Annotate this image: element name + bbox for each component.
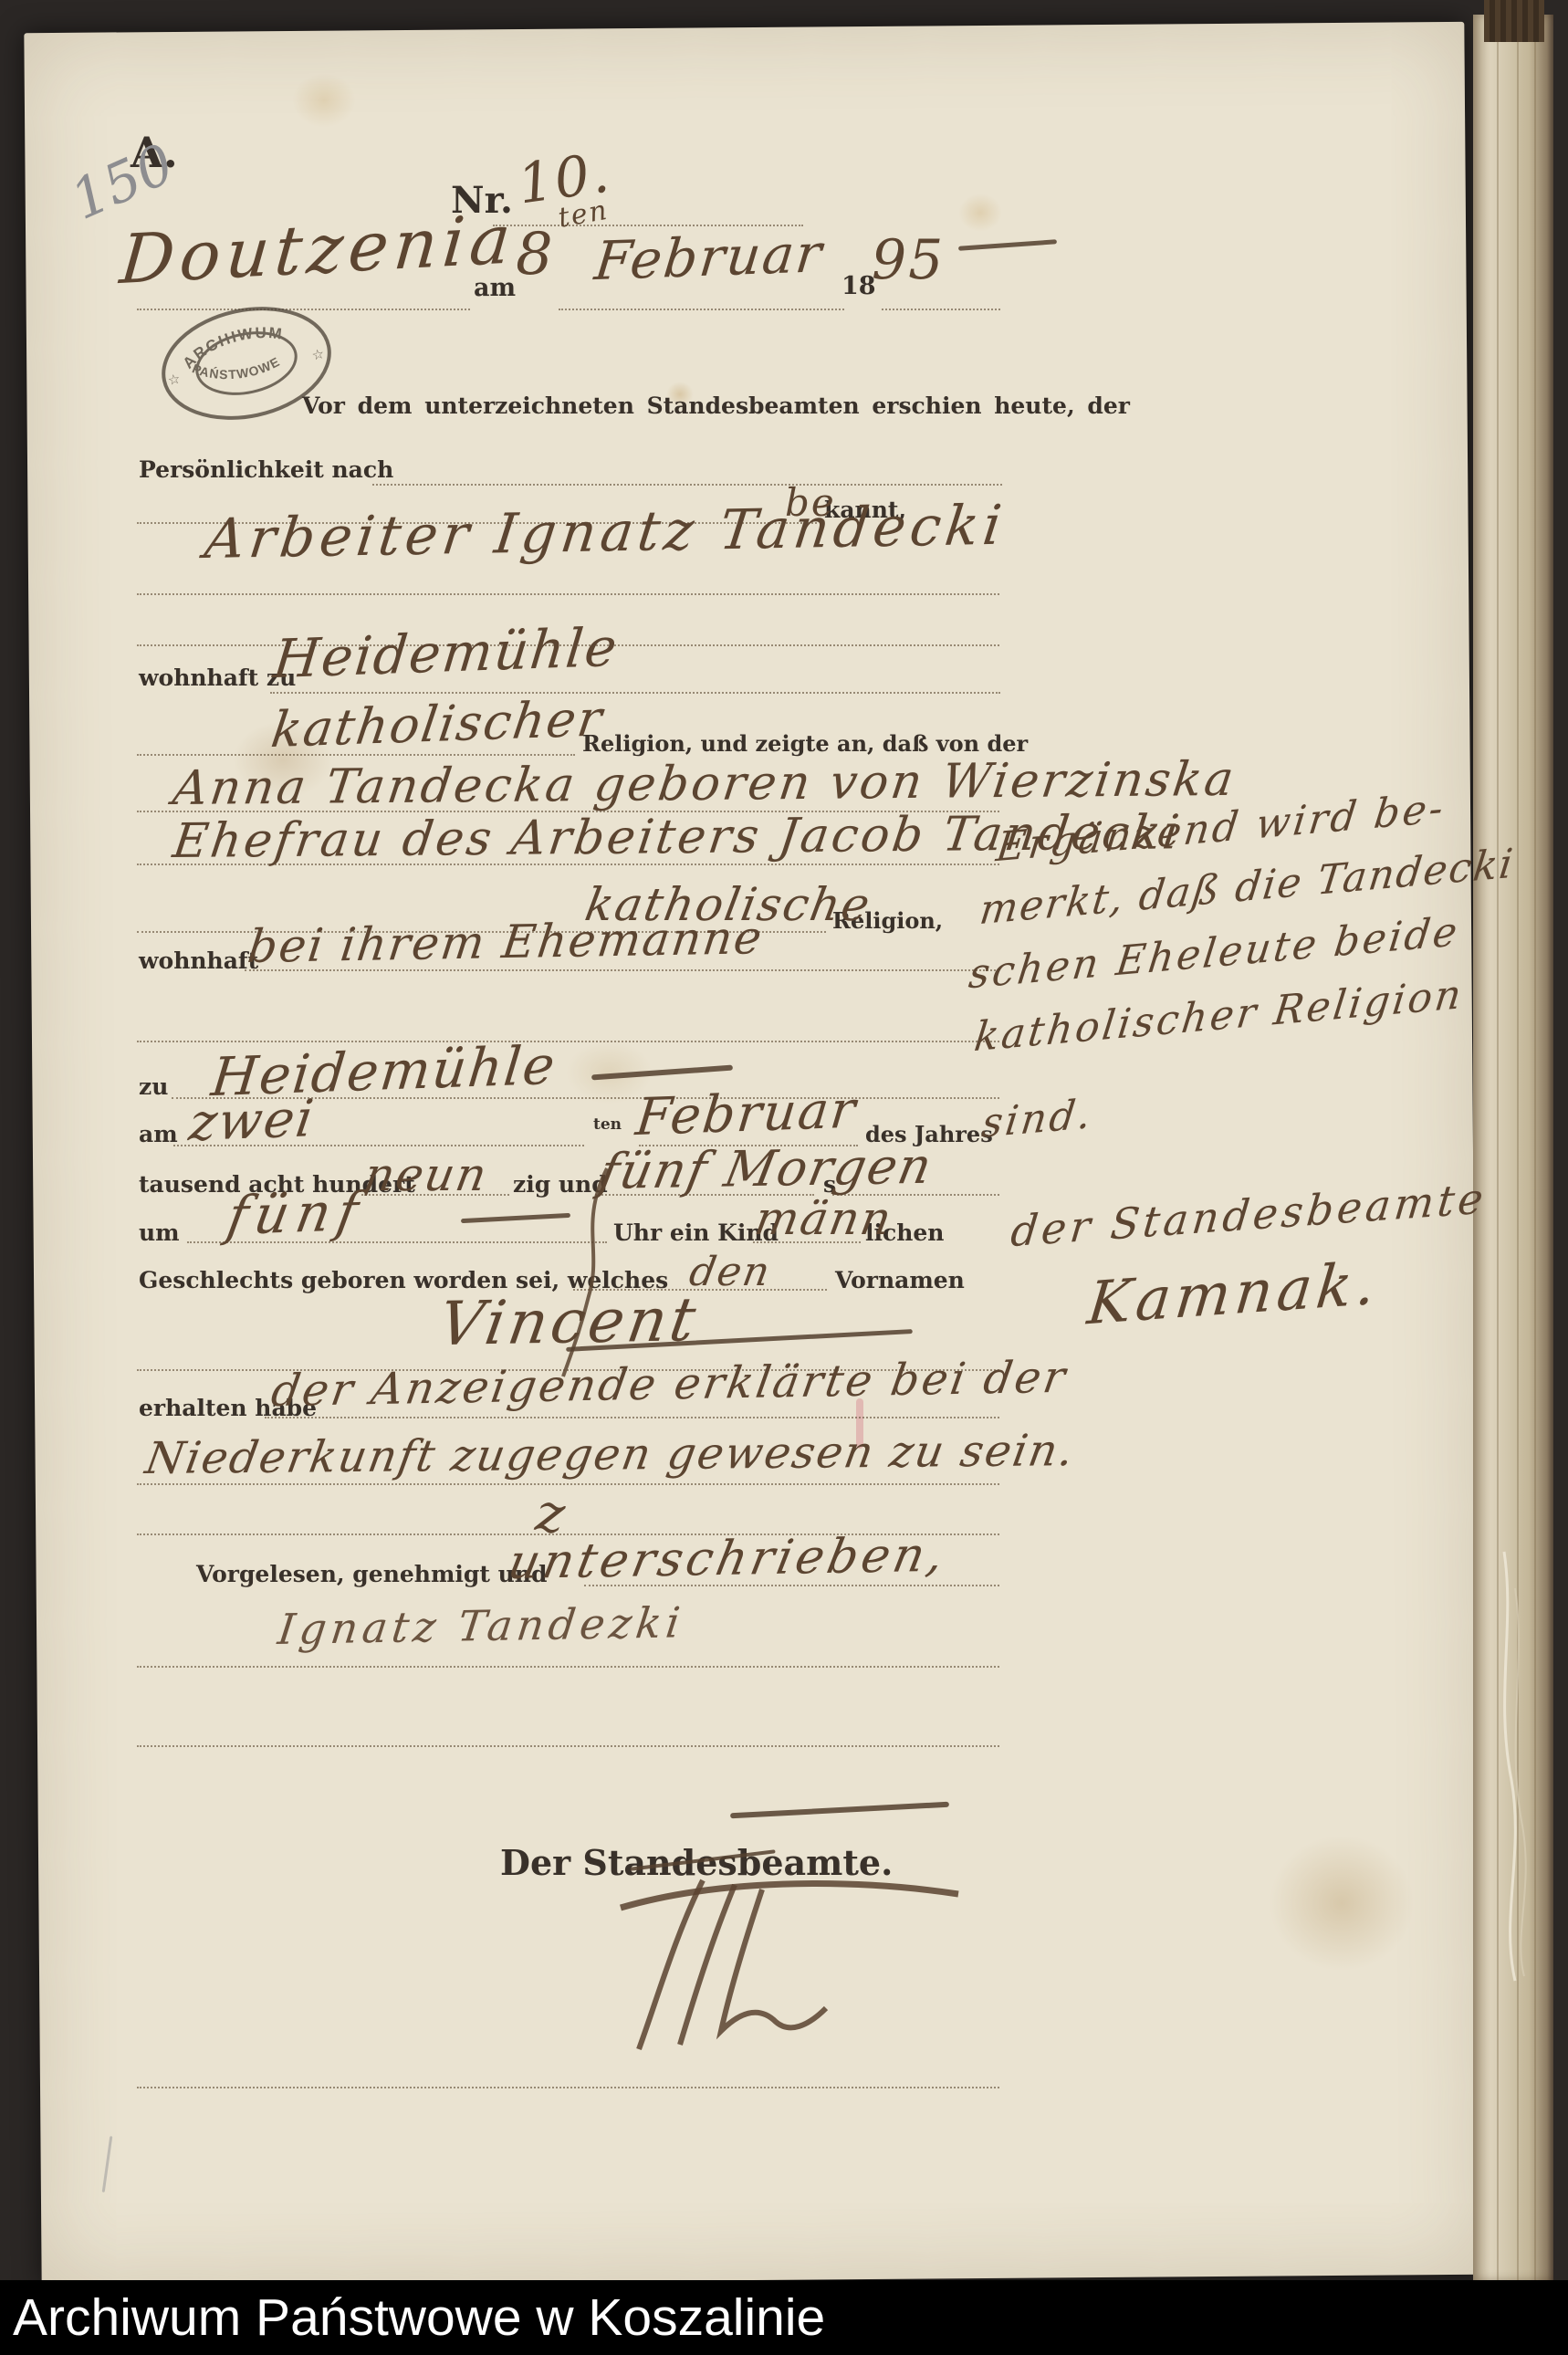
month-written: Februar — [591, 222, 826, 292]
unterschrieben-written: unterschrieben, — [504, 1528, 952, 1591]
religion1-label: Religion, und zeigte an, daß von der — [582, 730, 1028, 757]
birth-day-written: zwei — [185, 1089, 319, 1153]
vornamen-label: Vornamen — [835, 1267, 965, 1293]
year-written: 95 — [872, 228, 945, 292]
registrar-signature-flourish — [566, 1871, 967, 2054]
religion1-written: katholischer — [268, 689, 608, 759]
form-rule — [265, 1417, 999, 1418]
hour-written: fünf — [223, 1180, 371, 1248]
declarant-signature: Ignatz Tandezki — [276, 1597, 687, 1654]
am2-label: am — [139, 1121, 178, 1147]
decade-written: neun — [361, 1148, 492, 1201]
day-written: 8 — [516, 221, 555, 288]
form-rule — [137, 1745, 999, 1747]
form-rule — [137, 593, 999, 595]
form-rule — [270, 692, 1000, 694]
units-written: fünf Morgen — [595, 1137, 938, 1201]
book-spine-edge — [1484, 0, 1544, 42]
form-rule — [882, 309, 1000, 310]
document-scan: A. 150 Nr. 10. Doutzenia am 8 ten Februa… — [0, 0, 1568, 2355]
year-printed: 18 — [841, 272, 876, 300]
form-rule — [559, 309, 844, 310]
archive-watermark-bar: Archiwum Państwowe w Koszalinie — [0, 2280, 1568, 2355]
form-rule — [137, 1041, 999, 1042]
form-rule — [137, 2087, 999, 2088]
wohnhaft-label: wohnhaft — [139, 947, 258, 974]
vorgelesen-label: Vorgelesen, genehmigt und — [196, 1561, 547, 1587]
intro-line: Vor dem unterzeichneten Standesbeamten e… — [302, 392, 1130, 419]
zu-label: zu — [139, 1073, 168, 1100]
sex-written: männ — [751, 1192, 897, 1245]
paper-stain — [1269, 1835, 1415, 1972]
archive-watermark-text: Archiwum Państwowe w Koszalinie — [13, 2287, 825, 2348]
form-rule — [372, 484, 1002, 486]
stamp-star-icon: ☆ — [310, 345, 326, 363]
ten-label: ten — [593, 1115, 622, 1134]
paper-stain — [292, 73, 356, 128]
binding-thread — [1488, 1552, 1561, 1981]
persoenlichkeit-label: Persönlichkeit nach — [139, 456, 393, 483]
stamp-star-icon: ☆ — [166, 371, 182, 389]
residence-written: Heidemühle — [270, 616, 621, 690]
birth-month-written: Februar — [633, 1080, 860, 1147]
wohnhaft-written: bei ihrem Ehemanne — [245, 911, 766, 973]
erhalten-written2: Niederkunft zugegen gewesen zu sein. — [141, 1425, 1079, 1484]
margin-note: Ergänzend wird be- merkt, daß die Tandec… — [956, 780, 1530, 1147]
paper-stain — [958, 194, 1002, 232]
um-label: um — [139, 1219, 180, 1246]
form-rule — [137, 1666, 999, 1668]
